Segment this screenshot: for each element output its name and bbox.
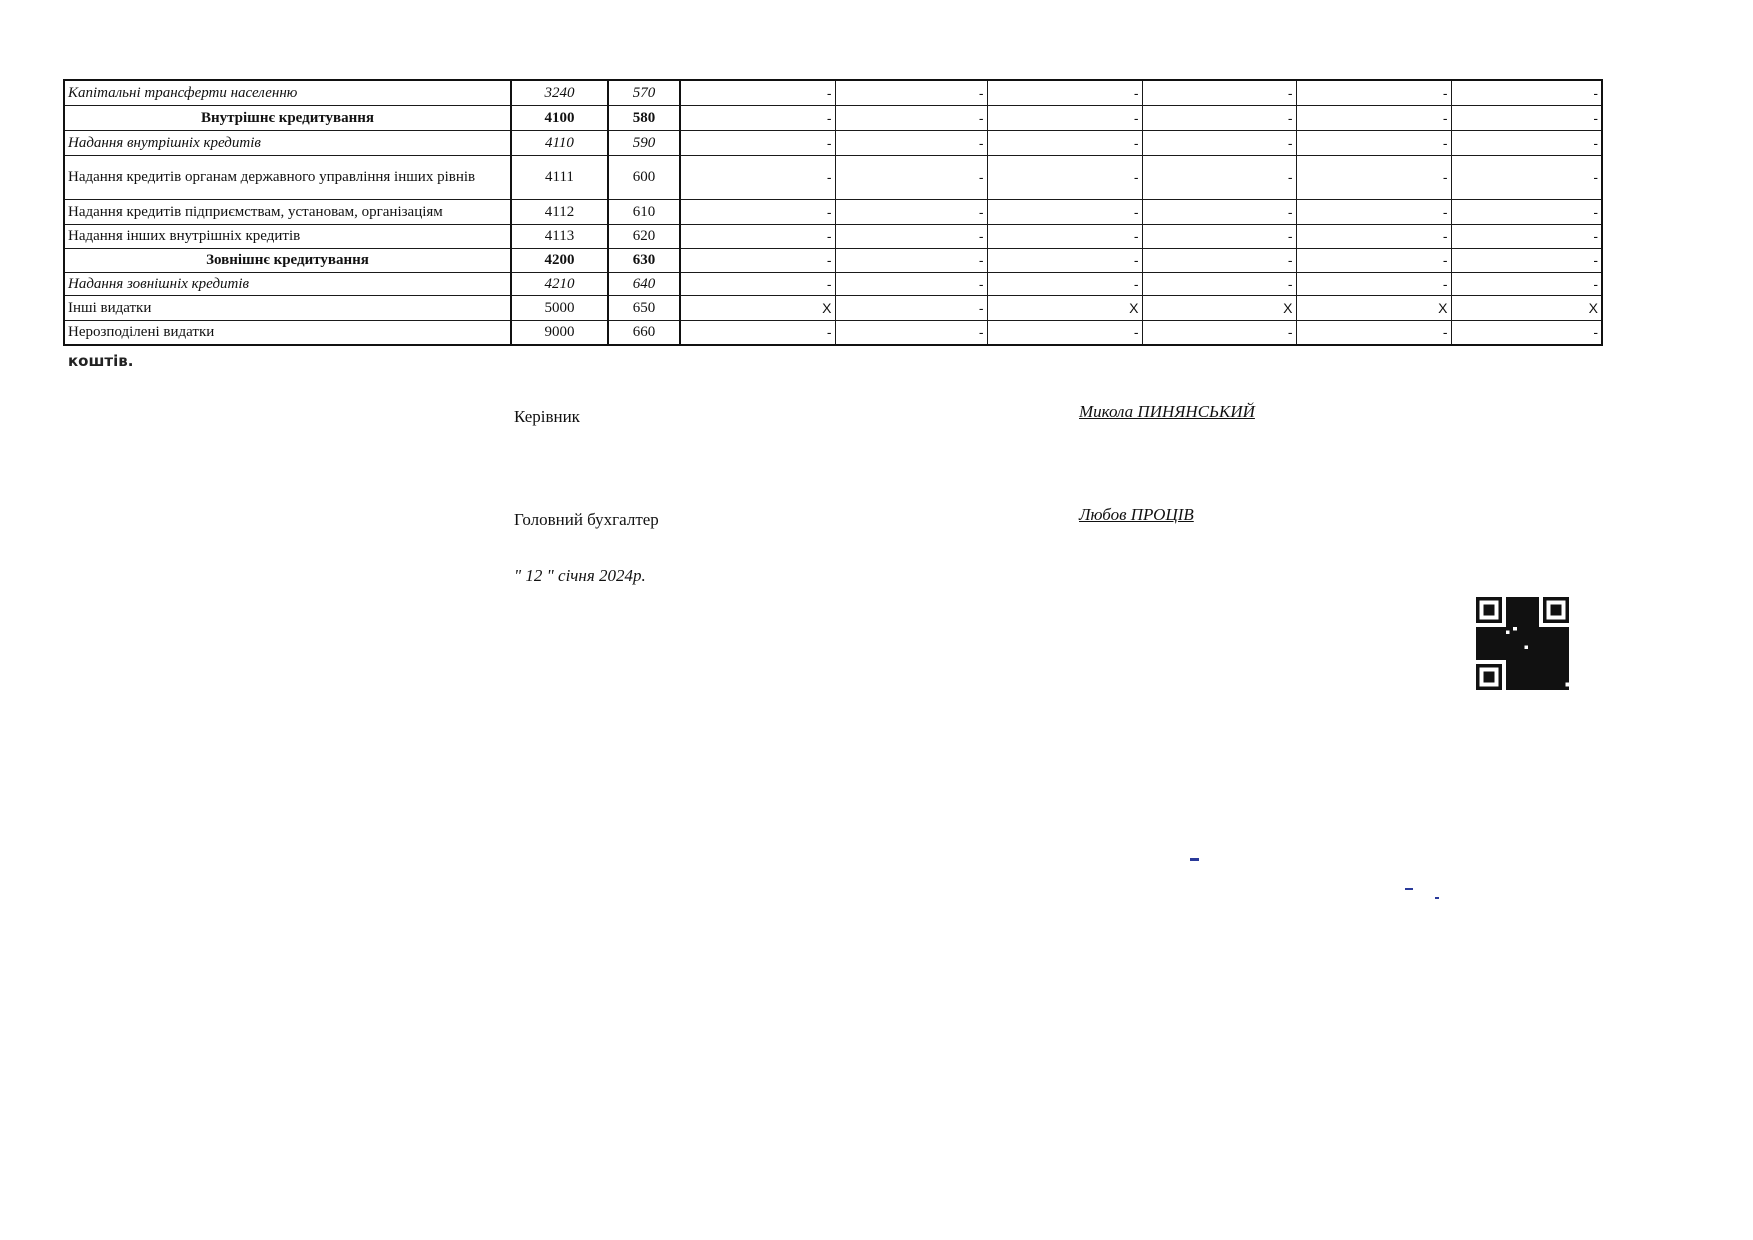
value-cell: - — [1451, 248, 1602, 272]
row-line-cell: 600 — [608, 155, 680, 199]
row-line-cell: 610 — [608, 199, 680, 224]
row-name-cell: Надання зовнішніх кредитів — [64, 272, 511, 295]
row-name-cell: Інші видатки — [64, 295, 511, 320]
document-date: " 12 " січня 2024р. — [514, 566, 646, 586]
value-cell: - — [835, 295, 987, 320]
table-row: Нерозподілені видатки9000660------ — [64, 320, 1602, 345]
row-name-cell: Внутрішнє кредитування — [64, 105, 511, 130]
row-name-cell: Надання інших внутрішніх кредитів — [64, 224, 511, 248]
row-code-cell: 4200 — [511, 248, 608, 272]
value-cell: - — [1142, 320, 1296, 345]
scan-artifact — [1190, 858, 1199, 861]
value-cell: - — [1296, 224, 1451, 248]
row-line-cell: 640 — [608, 272, 680, 295]
value-cell: - — [835, 155, 987, 199]
value-cell: - — [987, 199, 1142, 224]
row-code-cell: 4210 — [511, 272, 608, 295]
scan-artifact — [1435, 897, 1439, 899]
value-cell: - — [1451, 320, 1602, 345]
value-cell: - — [680, 320, 835, 345]
row-code-cell: 5000 — [511, 295, 608, 320]
value-cell: - — [1296, 130, 1451, 155]
value-cell: - — [835, 320, 987, 345]
value-cell: - — [1451, 105, 1602, 130]
value-cell: - — [987, 105, 1142, 130]
value-cell: - — [835, 80, 987, 105]
table-row: Зовнішнє кредитування4200630------ — [64, 248, 1602, 272]
row-line-cell: 650 — [608, 295, 680, 320]
accountant-name: Любов ПРОЦІВ — [1079, 505, 1194, 525]
value-cell: - — [835, 130, 987, 155]
qr-code-icon — [1476, 593, 1569, 694]
value-cell: - — [680, 80, 835, 105]
value-cell: X — [1451, 295, 1602, 320]
table-row: Надання зовнішніх кредитів4210640------ — [64, 272, 1602, 295]
value-cell: - — [1451, 199, 1602, 224]
row-line-cell: 630 — [608, 248, 680, 272]
row-line-cell: 590 — [608, 130, 680, 155]
table-row: Надання кредитів підприємствам, установа… — [64, 199, 1602, 224]
value-cell: - — [1142, 272, 1296, 295]
value-cell: - — [680, 224, 835, 248]
value-cell: - — [835, 105, 987, 130]
value-cell: - — [835, 248, 987, 272]
value-cell: X — [1142, 295, 1296, 320]
value-cell: - — [680, 155, 835, 199]
value-cell: - — [835, 272, 987, 295]
value-cell: X — [680, 295, 835, 320]
row-line-cell: 660 — [608, 320, 680, 345]
row-line-cell: 580 — [608, 105, 680, 130]
row-line-cell: 570 — [608, 80, 680, 105]
value-cell: - — [1142, 80, 1296, 105]
value-cell: - — [1451, 224, 1602, 248]
value-cell: - — [835, 224, 987, 248]
value-cell: - — [680, 248, 835, 272]
value-cell: - — [1296, 105, 1451, 130]
row-name-cell: Надання кредитів органам державного упра… — [64, 155, 511, 199]
value-cell: - — [1451, 80, 1602, 105]
value-cell: - — [1142, 130, 1296, 155]
value-cell: - — [1296, 155, 1451, 199]
value-cell: - — [1296, 80, 1451, 105]
row-code-cell: 4110 — [511, 130, 608, 155]
row-code-cell: 4113 — [511, 224, 608, 248]
value-cell: - — [987, 248, 1142, 272]
row-code-cell: 9000 — [511, 320, 608, 345]
row-name-cell: Надання кредитів підприємствам, установа… — [64, 199, 511, 224]
value-cell: - — [1296, 199, 1451, 224]
row-name-cell: Зовнішнє кредитування — [64, 248, 511, 272]
row-code-cell: 4100 — [511, 105, 608, 130]
table-row: Інші видатки5000650X-XXXX — [64, 295, 1602, 320]
row-line-cell: 620 — [608, 224, 680, 248]
value-cell: - — [835, 199, 987, 224]
row-name-cell: Нерозподілені видатки — [64, 320, 511, 345]
value-cell: - — [987, 272, 1142, 295]
note-text: коштів. — [68, 352, 133, 370]
value-cell: - — [1142, 224, 1296, 248]
table-row: Надання кредитів органам державного упра… — [64, 155, 1602, 199]
value-cell: X — [987, 295, 1142, 320]
value-cell: - — [1451, 155, 1602, 199]
value-cell: - — [680, 272, 835, 295]
table-row: Надання внутрішніх кредитів4110590------ — [64, 130, 1602, 155]
head-label: Керівник — [514, 407, 580, 427]
value-cell: - — [1296, 320, 1451, 345]
accountant-label: Головний бухгалтер — [514, 510, 659, 530]
value-cell: - — [987, 155, 1142, 199]
value-cell: - — [680, 105, 835, 130]
value-cell: - — [987, 320, 1142, 345]
value-cell: - — [1142, 155, 1296, 199]
value-cell: - — [1142, 199, 1296, 224]
scan-artifact — [1405, 888, 1413, 890]
value-cell: - — [987, 224, 1142, 248]
table-row: Внутрішнє кредитування4100580------ — [64, 105, 1602, 130]
row-name-cell: Капітальні трансферти населенню — [64, 80, 511, 105]
value-cell: - — [1296, 272, 1451, 295]
value-cell: - — [1451, 130, 1602, 155]
value-cell: - — [1451, 272, 1602, 295]
value-cell: - — [1142, 248, 1296, 272]
expenditure-table: Капітальні трансферти населенню3240570--… — [63, 79, 1603, 346]
head-name: Микола ПИНЯНСЬКИЙ — [1079, 402, 1255, 422]
value-cell: - — [1142, 105, 1296, 130]
value-cell: - — [680, 199, 835, 224]
value-cell: - — [680, 130, 835, 155]
value-cell: - — [987, 80, 1142, 105]
row-code-cell: 4112 — [511, 199, 608, 224]
row-code-cell: 3240 — [511, 80, 608, 105]
row-code-cell: 4111 — [511, 155, 608, 199]
value-cell: X — [1296, 295, 1451, 320]
value-cell: - — [1296, 248, 1451, 272]
table-row: Капітальні трансферти населенню3240570--… — [64, 80, 1602, 105]
table-row: Надання інших внутрішніх кредитів4113620… — [64, 224, 1602, 248]
row-name-cell: Надання внутрішніх кредитів — [64, 130, 511, 155]
value-cell: - — [987, 130, 1142, 155]
